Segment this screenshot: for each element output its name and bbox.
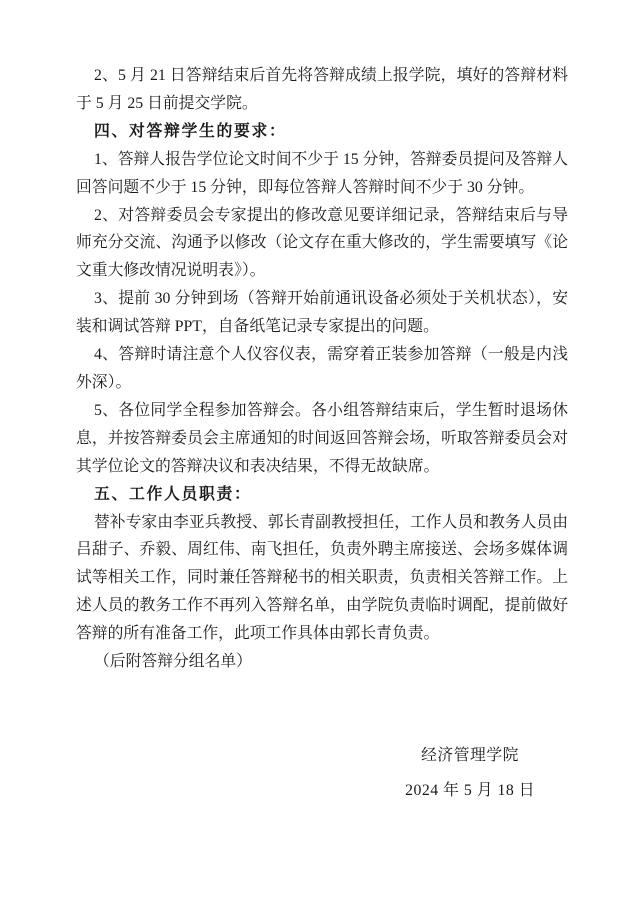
requirement-1: 1、答辩人报告学位论文时间不少于 15 分钟，答辩委员提问及答辩人回答问题不少于… xyxy=(76,146,568,202)
requirement-3: 3、提前 30 分钟到场（答辩开始前通讯设备必须处于关机状态），安装和调试答辩 … xyxy=(76,285,568,341)
paragraph-staff-duties: 替补专家由李亚兵教授、郭长青副教授担任，工作人员和教务人员由吕甜子、乔毅、周红伟… xyxy=(76,509,568,649)
section-heading-staff-duties: 五、工作人员职责： xyxy=(76,481,568,509)
requirement-4: 4、答辩时请注意个人仪容仪表，需穿着正装参加答辩（一般是内浅外深）。 xyxy=(76,341,568,397)
paragraph-submit-materials: 2、5 月 21 日答辩结束后首先将答辩成绩上报学院，填好的答辩材料于 5 月 … xyxy=(76,62,568,118)
requirement-5: 5、各位同学全程参加答辩会。各小组答辩结束后，学生暂时退场休息，并按答辩委员会主… xyxy=(76,397,568,481)
signature-date: 2024 年 5 月 18 日 xyxy=(405,773,535,808)
document-body: 2、5 月 21 日答辩结束后首先将答辩成绩上报学院，填好的答辩材料于 5 月 … xyxy=(76,62,568,808)
paragraph-attachment-note: （后附答辩分组名单） xyxy=(76,648,568,676)
document-page: 2、5 月 21 日答辩结束后首先将答辩成绩上报学院，填好的答辩材料于 5 月 … xyxy=(0,0,642,900)
signature-block: 经济管理学院 2024 年 5 月 18 日 xyxy=(405,738,535,808)
section-heading-student-requirements: 四、对答辩学生的要求： xyxy=(76,118,568,146)
signature-organization: 经济管理学院 xyxy=(405,738,535,773)
requirement-2: 2、对答辩委员会专家提出的修改意见要详细记录，答辩结束后与导师充分交流、沟通予以… xyxy=(76,202,568,286)
